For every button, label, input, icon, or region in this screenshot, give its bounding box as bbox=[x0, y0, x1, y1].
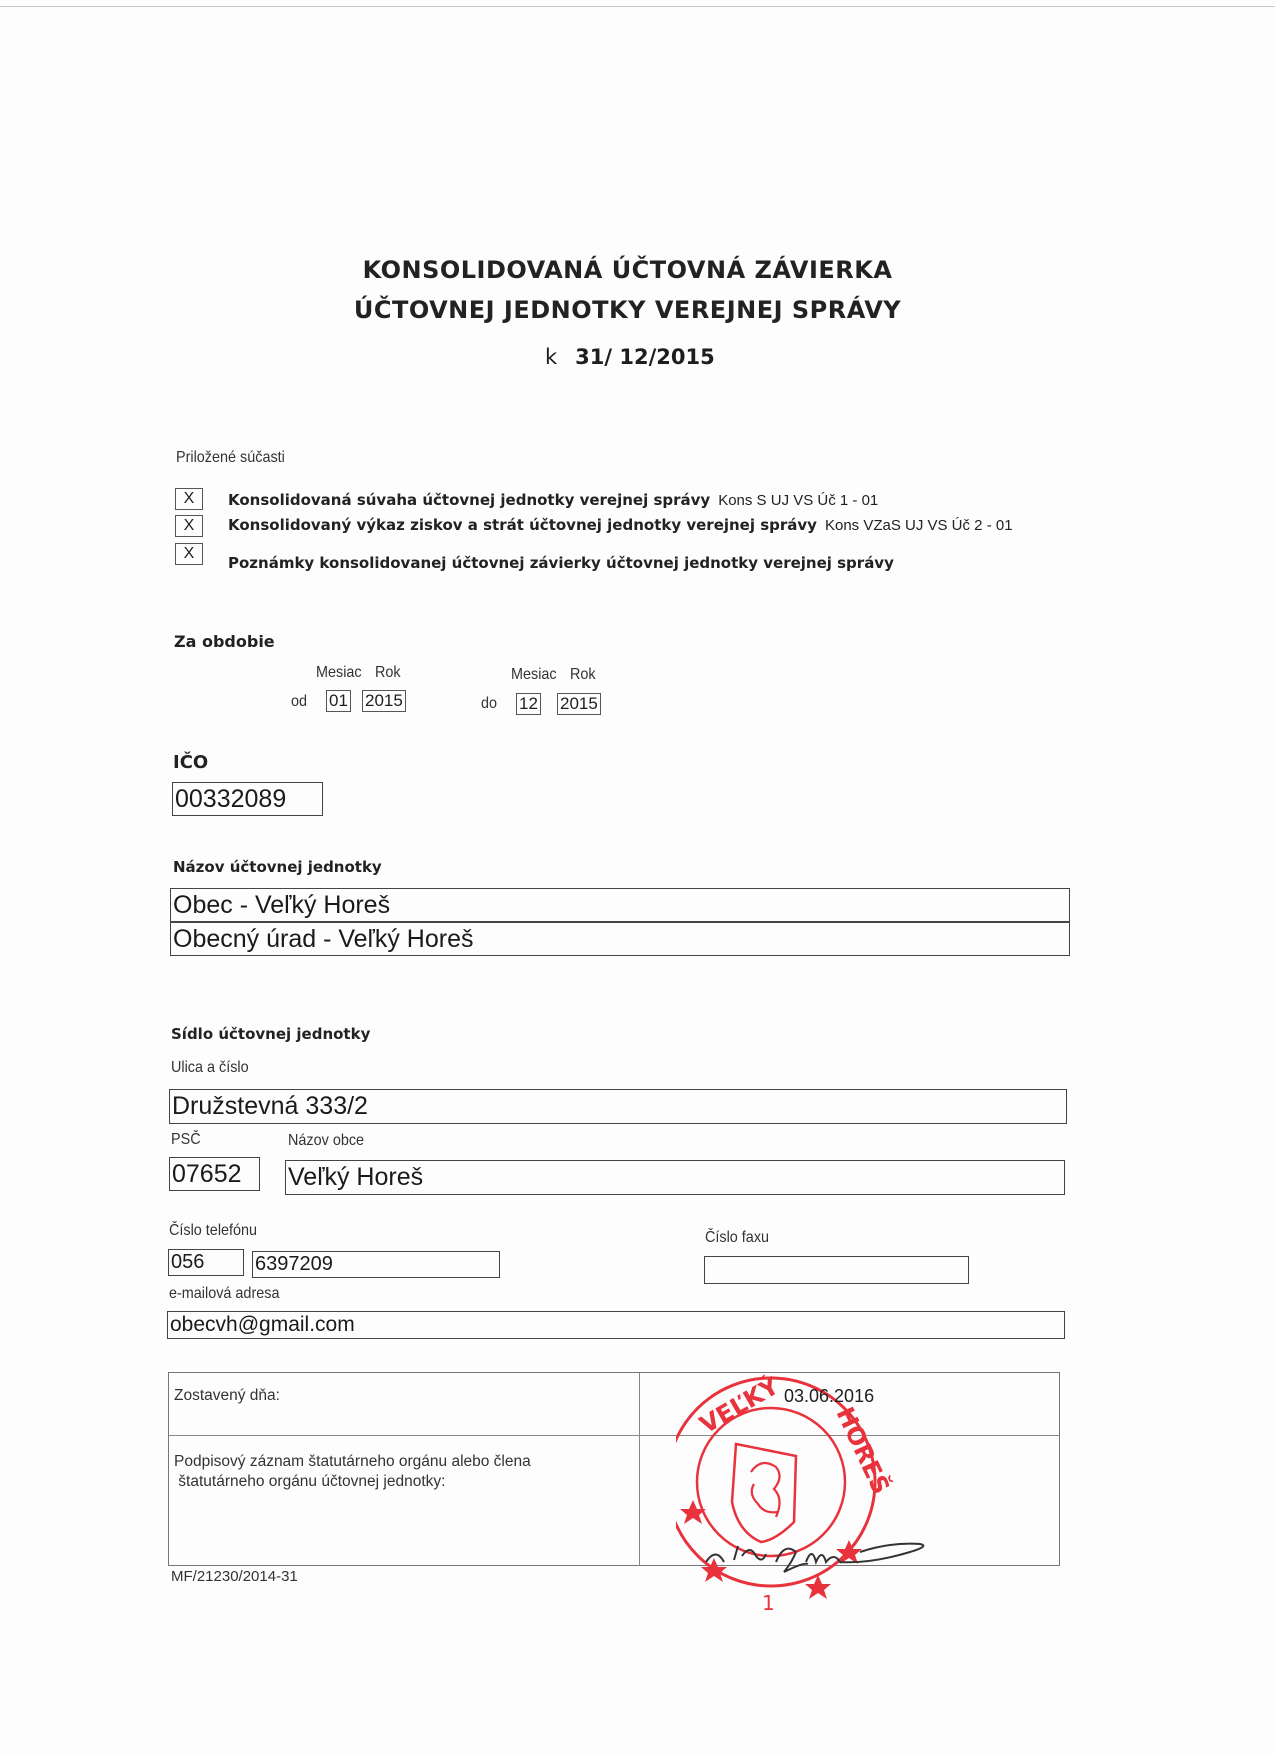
attachments-label: Priložené súčasti bbox=[176, 449, 285, 467]
from-month-label: Mesiac bbox=[316, 664, 362, 682]
from-label: od bbox=[291, 693, 307, 711]
attachment-item-2: Konsolidovaný výkaz ziskov a strát účtov… bbox=[228, 516, 1013, 534]
to-year-field[interactable]: 2015 bbox=[557, 693, 601, 715]
address-label: Sídlo účtovnej jednotky bbox=[171, 1025, 370, 1043]
unit-name-line2-field[interactable]: Obecný úrad - Veľký Horeš bbox=[170, 922, 1070, 956]
as-of-date: k31/ 12/2015 bbox=[545, 345, 715, 369]
to-year-label: Rok bbox=[570, 666, 596, 684]
as-of-prefix: k bbox=[545, 345, 557, 369]
street-field[interactable]: Družstevná 333/2 bbox=[169, 1089, 1067, 1124]
fax-label: Číslo faxu bbox=[705, 1229, 769, 1247]
svg-text:HOREŠ: HOREŠ bbox=[831, 1402, 897, 1499]
to-label: do bbox=[481, 695, 497, 713]
official-stamp-icon: VEĽKÝ HOREŠ 1 03.06.2016 bbox=[676, 1372, 1016, 1622]
ico-field[interactable]: 00332089 bbox=[172, 782, 323, 816]
as-of-value: 31/ 12/2015 bbox=[575, 345, 715, 369]
attachment-item-1: Konsolidovaná súvaha účtovnej jednotky v… bbox=[228, 491, 878, 509]
unit-name-line1-field[interactable]: Obec - Veľký Horeš bbox=[170, 888, 1070, 922]
psc-label: PSČ bbox=[171, 1131, 201, 1149]
to-month-field[interactable]: 12 bbox=[516, 693, 541, 715]
document-title-line2: ÚČTOVNEJ JEDNOTKY VEREJNEJ SPRÁVY bbox=[0, 296, 1265, 324]
unit-name-label: Názov účtovnej jednotky bbox=[173, 858, 382, 876]
attachment-item-3-text: Poznámky konsolidovanej účtovnej závierk… bbox=[228, 554, 894, 572]
period-label: Za obdobie bbox=[174, 632, 275, 651]
email-field[interactable]: obecvh@gmail.com bbox=[167, 1311, 1065, 1339]
psc-field[interactable]: 07652 bbox=[169, 1157, 260, 1191]
attachment-checkbox-2[interactable]: X bbox=[175, 515, 203, 537]
from-year-label: Rok bbox=[375, 664, 401, 682]
from-year-field[interactable]: 2015 bbox=[362, 690, 406, 712]
svg-text:1: 1 bbox=[762, 1591, 775, 1615]
ico-label: IČO bbox=[173, 752, 208, 773]
compiled-label: Zostavený dňa: bbox=[174, 1387, 280, 1405]
email-label: e-mailová adresa bbox=[169, 1285, 279, 1303]
attachment-checkbox-1[interactable]: X bbox=[175, 488, 203, 510]
street-label: Ulica a číslo bbox=[171, 1059, 249, 1077]
sign-label-line2: štatutárneho orgánu účtovnej jednotky: bbox=[174, 1473, 445, 1491]
signature-table-divider-v bbox=[639, 1373, 640, 1565]
scan-edge-line bbox=[0, 6, 1275, 7]
attachment-item-3: Poznámky konsolidovanej účtovnej závierk… bbox=[228, 554, 894, 572]
attachment-item-1-code: Kons S UJ VS Úč 1 - 01 bbox=[718, 492, 878, 509]
attachment-item-2-text: Konsolidovaný výkaz ziskov a strát účtov… bbox=[228, 516, 817, 534]
form-code: MF/21230/2014-31 bbox=[171, 1568, 298, 1585]
fax-field[interactable] bbox=[704, 1256, 969, 1284]
attachment-checkbox-3[interactable]: X bbox=[175, 543, 203, 565]
from-month-field[interactable]: 01 bbox=[326, 690, 351, 712]
sign-label-line1: Podpisový záznam štatutárneho orgánu ale… bbox=[174, 1453, 531, 1471]
attachment-item-1-text: Konsolidovaná súvaha účtovnej jednotky v… bbox=[228, 491, 710, 509]
phone-prefix-field[interactable]: 056 bbox=[168, 1249, 244, 1276]
phone-label: Číslo telefónu bbox=[169, 1222, 257, 1240]
attachment-item-2-code: Kons VZaS UJ VS Úč 2 - 01 bbox=[825, 517, 1013, 534]
phone-number-field[interactable]: 6397209 bbox=[252, 1251, 500, 1278]
compiled-date: 03.06.2016 bbox=[784, 1386, 874, 1406]
city-field[interactable]: Veľký Horeš bbox=[285, 1160, 1065, 1195]
to-month-label: Mesiac bbox=[511, 666, 557, 684]
document-title-line1: KONSOLIDOVANÁ ÚČTOVNÁ ZÁVIERKA bbox=[0, 256, 1265, 284]
city-label: Názov obce bbox=[288, 1132, 364, 1150]
